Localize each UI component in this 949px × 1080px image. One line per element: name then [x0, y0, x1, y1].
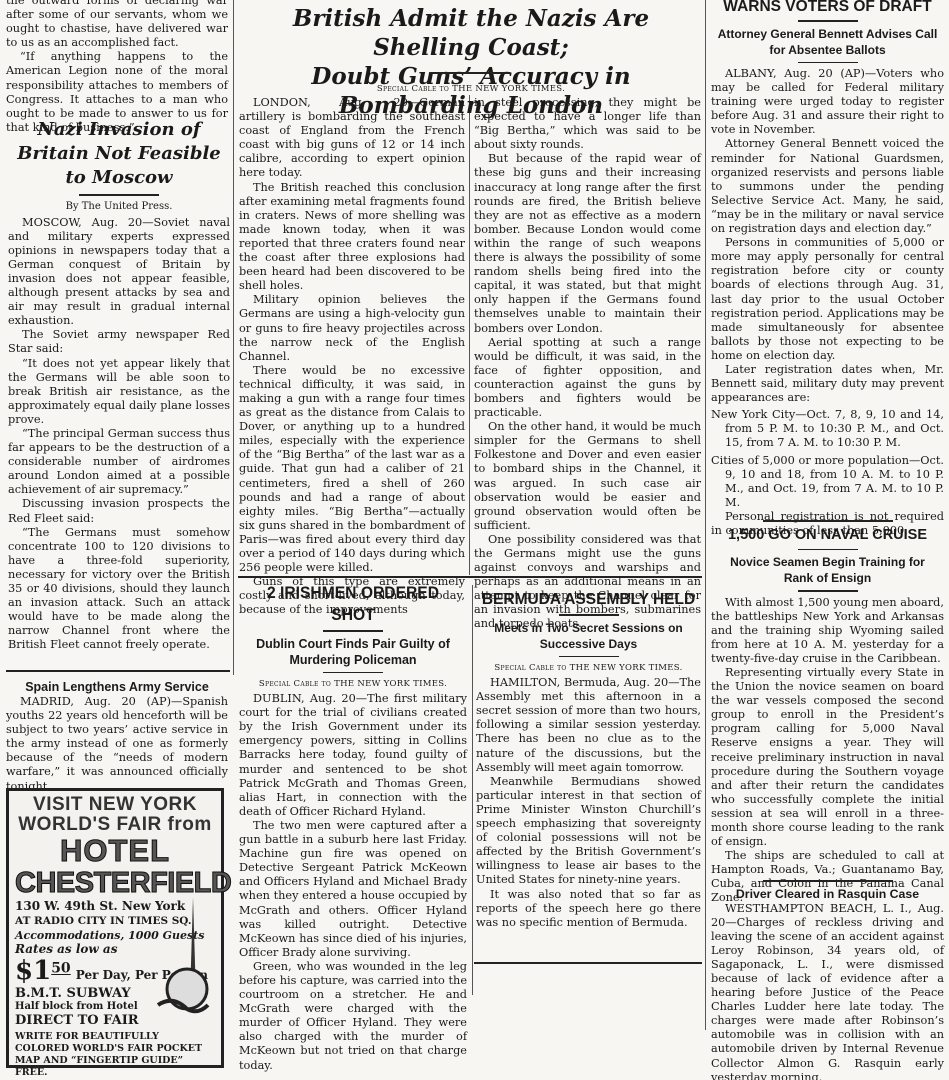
- paragraph: Green, who was wounded in the leg before…: [239, 960, 467, 1073]
- byline: By The United Press.: [8, 200, 230, 214]
- dateline-cable: Special Cable to THE NEW YORK TIMES.: [238, 84, 704, 94]
- irish-article: 2 IRISHMEN ORDERED SHOT Dublin Court Fin…: [239, 582, 467, 1073]
- ad-line: WORLD'S FAIR from: [15, 815, 215, 835]
- paragraph: Military opinion believes the Germans ar…: [239, 293, 465, 363]
- article-subhead: Novice Seamen Begin Training for Rank of…: [711, 554, 944, 586]
- divider: [798, 590, 858, 592]
- column-rule: [233, 0, 234, 675]
- paragraph: “The Germans must somehow concentrate 10…: [8, 526, 230, 653]
- paragraph: DUBLIN, Aug. 20—The first military court…: [239, 692, 467, 819]
- list-item: New York City—Oct. 7, 8, 9, 10 and 14, f…: [711, 408, 944, 450]
- british-article-col-b: in steel processing, they might be expec…: [474, 96, 701, 632]
- hotel-chesterfield-ad: VISIT NEW YORK WORLD'S FAIR from HOTEL C…: [6, 788, 224, 1068]
- paragraph: On the other hand, it would be much simp…: [474, 420, 701, 533]
- ad-hotel-label: HOTEL: [15, 835, 215, 867]
- divider: [559, 614, 619, 616]
- legion-article-tail: the outward forms of declaring war after…: [6, 0, 228, 135]
- divider: [798, 549, 858, 551]
- article-headline: 2 IRISHMEN ORDERED SHOT: [248, 582, 458, 626]
- section-divider: [238, 576, 702, 578]
- paragraph: It was also noted that so far as reports…: [476, 888, 701, 930]
- paragraph: The British reached this conclusion afte…: [239, 181, 465, 294]
- paragraph: Later registration dates when, Mr. Benne…: [711, 363, 944, 405]
- paragraph: the outward forms of declaring war after…: [6, 0, 228, 50]
- paragraph: There would be no excessive technical di…: [239, 364, 465, 575]
- nazi-invasion-article: Nazi Invasion of Britain Not Feasible to…: [8, 118, 230, 653]
- rasquin-article: Driver Cleared in Rasquin Case WESTHAMPT…: [711, 876, 944, 1080]
- paragraph: MOSCOW, Aug. 20—Soviet naval and militar…: [8, 216, 230, 329]
- paragraph: HAMILTON, Bermuda, Aug. 20—The Assembly …: [476, 676, 701, 775]
- ad-hotel-name: CHESTERFIELD: [15, 867, 215, 899]
- paragraph: Attorney General Bennett voiced the remi…: [711, 137, 944, 236]
- article-headline: Nazi Invasion of Britain Not Feasible to…: [8, 118, 230, 190]
- column-rule: [472, 585, 473, 995]
- list-item: Cities of 5,000 or more population—Oct. …: [711, 454, 944, 510]
- article-headline: BERMUDA ASSEMBLY HELD: [476, 590, 701, 610]
- article-headline: Driver Cleared in Rasquin Case: [711, 886, 944, 902]
- divider: [430, 72, 510, 74]
- article-subhead: Meets in Two Secret Sessions on Successi…: [476, 620, 701, 652]
- divider: [763, 880, 893, 882]
- article-headline: Spain Lengthens Army Service: [6, 679, 228, 695]
- trylon-perisphere-icon: [153, 897, 213, 1017]
- paragraph: LONDON, Aug. 20—German artillery is bomb…: [239, 96, 465, 181]
- divider: [79, 194, 159, 196]
- paragraph: WESTHAMPTON BEACH, L. I., Aug. 20—Charge…: [711, 902, 944, 1080]
- article-headline: 1,500 GO ON NAVAL CRUISE: [711, 526, 944, 545]
- paragraph: Representing virtually every State in th…: [711, 666, 944, 849]
- divider: [798, 62, 858, 64]
- main-headline-line1: British Admit the Nazis Are Shelling Coa…: [238, 4, 704, 62]
- divider: [323, 630, 383, 632]
- ad-write-offer: WRITE FOR BEAUTIFULLY COLORED WORLD'S FA…: [15, 1031, 215, 1079]
- column-rule: [705, 0, 706, 1030]
- paragraph: “It does not yet appear likely that the …: [8, 357, 230, 427]
- paragraph: Aerial spotting at such a range would be…: [474, 336, 701, 421]
- paragraph: ALBANY, Aug. 20 (AP)—Voters who may be c…: [711, 67, 944, 137]
- article-subhead: Attorney General Bennett Advises Call fo…: [711, 26, 944, 58]
- section-divider: [474, 962, 702, 964]
- divider: [559, 656, 619, 658]
- paragraph: in steel processing, they might be expec…: [474, 96, 701, 152]
- paragraph: Discussing invasion prospects the Red Fl…: [8, 497, 230, 525]
- british-article-col-a: LONDON, Aug. 20—German artillery is bomb…: [239, 96, 465, 617]
- divider: [323, 672, 383, 674]
- ad-price-dollar: $1: [15, 956, 51, 986]
- bermuda-article: BERMUDA ASSEMBLY HELD Meets in Two Secre…: [476, 590, 701, 930]
- spain-article: Spain Lengthens Army Service MADRID, Aug…: [6, 679, 228, 794]
- paragraph: The two men were captured after a gun ba…: [239, 819, 467, 960]
- section-divider: [6, 670, 230, 672]
- draft-article: WARNS VOTERS OF DRAFT Attorney General B…: [711, 0, 944, 538]
- paragraph: Persons in communities of 5,000 or more …: [711, 236, 944, 363]
- ad-price-cents: 50: [51, 961, 70, 977]
- article-headline: WARNS VOTERS OF DRAFT: [711, 0, 944, 16]
- divider: [763, 520, 893, 522]
- ad-line: VISIT NEW YORK: [15, 795, 215, 815]
- paragraph: Meanwhile Bermudians showed particular i…: [476, 775, 701, 888]
- paragraph: MADRID, Aug. 20 (AP)—Spanish youths 22 y…: [6, 695, 228, 794]
- paragraph: With almost 1,500 young men aboard, the …: [711, 596, 944, 666]
- paragraph: But because of the rapid wear of these b…: [474, 152, 701, 335]
- divider: [798, 20, 858, 22]
- article-subhead: Dublin Court Finds Pair Guilty of Murder…: [239, 636, 467, 668]
- column-rule: [469, 95, 470, 575]
- naval-cruise-article: 1,500 GO ON NAVAL CRUISE Novice Seamen B…: [711, 516, 944, 906]
- paragraph: The Soviet army newspaper Red Star said:: [8, 328, 230, 356]
- paragraph: “The principal German success thus far a…: [8, 427, 230, 497]
- dateline-cable: Special Cable to THE NEW YORK TIMES.: [476, 661, 701, 675]
- dateline-cable: Special Cable to THE NEW YORK TIMES.: [239, 677, 467, 691]
